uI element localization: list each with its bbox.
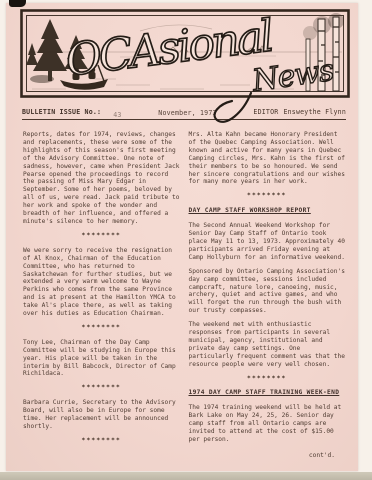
masthead: OCAsional News — [20, 9, 350, 99]
masthead-title-main: OCAsional — [63, 10, 276, 86]
star-separator: ******** — [189, 375, 346, 383]
newsletter-page: OCAsional News BULLETIN ISSUE No.: 43 No… — [6, 3, 358, 471]
editor-label: EDITOR — [253, 108, 278, 116]
article-paragraph: The Second Annual Weekend Workshop for S… — [189, 222, 346, 262]
article-paragraph: Reports, dates for 1974, reviews, change… — [23, 131, 180, 226]
bulletin-issue: BULLETIN ISSUE No.: 43 — [22, 108, 122, 116]
masthead-illustration: OCAsional News — [20, 9, 350, 99]
editor-name: Ensweythe Flynn — [283, 108, 346, 116]
article-paragraph: Mrs. Alta Kahn became Honorary President… — [189, 131, 346, 186]
right-column: Mrs. Alta Kahn became Honorary President… — [189, 131, 346, 460]
star-separator: ******** — [23, 324, 180, 332]
article-paragraph: The weekend met with enthusiastic respon… — [189, 321, 346, 368]
star-separator: ******** — [23, 384, 180, 392]
article-paragraph: Sponsored by Ontario Camping Association… — [189, 268, 346, 315]
bulletin-issue-label: BULLETIN ISSUE No.: — [22, 108, 101, 116]
star-separator: ******** — [23, 232, 180, 240]
article-paragraph: Tony Lee, Chairman of the Day Camp Commi… — [23, 339, 180, 379]
bulletin-date: November, 1973 — [158, 109, 216, 117]
scan-edge-shadow — [0, 472, 372, 480]
scan-artifact-mark — [9, 0, 26, 7]
article-paragraph: The 1974 training weekend will be held a… — [189, 404, 346, 444]
article-paragraph: We were sorry to receive the resignation… — [23, 247, 180, 318]
newsletter-body: Reports, dates for 1974, reviews, change… — [23, 131, 345, 460]
star-separator: ******** — [23, 437, 180, 445]
bulletin-editor: EDITOR Ensweythe Flynn — [253, 108, 346, 116]
bulletin-issue-number: 43 — [113, 111, 121, 119]
continued-note: cont'd. — [189, 452, 346, 460]
star-separator: ******** — [189, 192, 346, 200]
bulletin-info-row: BULLETIN ISSUE No.: 43 November, 1973 ED… — [22, 108, 346, 120]
article-paragraph: Barbara Currie, Secretary to the Advisor… — [23, 399, 180, 431]
section-heading-training-weekend: 1974 DAY CAMP STAFF TRAINING WEEK-END — [189, 389, 346, 397]
left-column: Reports, dates for 1974, reviews, change… — [23, 131, 180, 460]
scanned-newsletter: OCAsional News BULLETIN ISSUE No.: 43 No… — [0, 0, 372, 480]
section-heading-workshop-report: DAY CAMP STAFF WORKSHOP REPORT — [189, 207, 346, 215]
